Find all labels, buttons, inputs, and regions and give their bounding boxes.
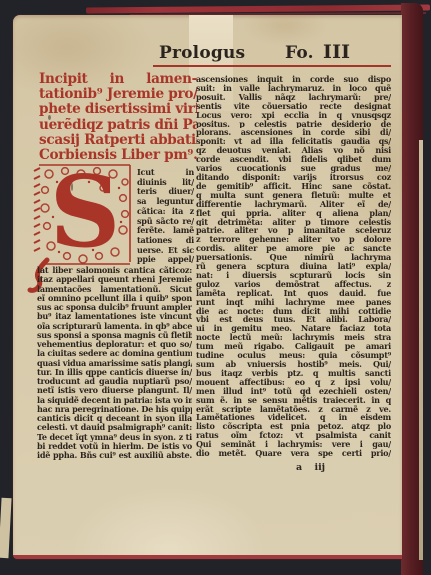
text-line: spũ sãcto re/ <box>137 217 194 227</box>
text-line: Qui seminãt i lachrymis: vere i gau/ <box>196 440 391 449</box>
rubric-line: scasij Ratperti abbatis <box>39 133 197 148</box>
text-line: ratus oĩm fctoz: vt psalmista canit <box>196 431 391 440</box>
left-column-text: lat liber salomonis cantica cãticoz:itaz… <box>37 266 192 460</box>
text-line: Lamẽtationes videlicet. q in eisdem <box>196 413 391 422</box>
text-line: tudine oculus meus: quia cõsumpt⁹ <box>196 351 391 360</box>
underlying-page-sliver <box>419 140 423 560</box>
text-line: sum ab vniuersis hostib⁹ meis. Qui/ <box>196 360 391 369</box>
text-line: lat liber salomonis cantica cãticoz: <box>37 266 192 275</box>
text-line: itaz appellari queunt rheni Jeremie <box>37 275 192 284</box>
text-line: git detrimẽta: aliter p timore celestis <box>196 218 391 227</box>
signature-mark: a iij <box>296 462 366 473</box>
text-line: uerse. Et sic <box>137 246 194 256</box>
text-line: bus itaqz verbis ptz. q multis sancti <box>196 369 391 378</box>
text-line: lamentacões lamentationũ. Sicut <box>37 285 192 294</box>
running-title: Prologus <box>159 43 245 63</box>
text-line: ferẽte. lamẽ <box>137 226 194 236</box>
text-line: ppie appel/ <box>137 255 194 265</box>
text-line: ascensiones inquit in corde suo dispo <box>196 75 391 84</box>
text-line: celesti. vt dauid psalmigraph⁹ canit: <box>37 423 192 432</box>
text-line: vbi est deus tuus. Et alibi. Labora/ <box>196 315 391 324</box>
text-line: puersationis. Que nimirũ lachryma <box>196 253 391 262</box>
text-line: listo cõscripta est pnia petoz. atqz plo <box>196 422 391 431</box>
text-line: sentis vite cõuersatio recte designat <box>196 102 391 111</box>
text-line: nocte lectũ meũ: lachrymis meis stra <box>196 333 391 342</box>
text-line: ditando disponit: varijs itrorsus coz <box>196 173 391 182</box>
text-line: teris diuer/ <box>137 187 194 197</box>
text-line: Icut in <box>137 168 194 178</box>
text-line: quasi vidua amarissime satis plangi/ <box>37 359 192 368</box>
rubric-line: phete disertissimi viri re <box>39 102 197 117</box>
folio-number: III <box>323 41 350 63</box>
text-line: differentie lachrymarũ. Aliter eĩ de/ <box>196 200 391 209</box>
right-column-text: ascensiones inquit in corde suo disposui… <box>196 75 391 458</box>
text-line: la ciuitas sedere ac domina gentium <box>37 349 192 358</box>
text-line: plorans. ascensiones in corde sibi di/ <box>196 128 391 137</box>
text-line: canticis dicit q deceant in syon illa <box>37 414 192 423</box>
text-line: nat: i diuersis scpturarũ locis sin <box>196 271 391 280</box>
photo-background: Prologus Fo. III Incipit in lamen-tation… <box>0 0 431 575</box>
text-line: patrie. aliter vo p imanitate sceleruz <box>196 226 391 235</box>
text-line: positus. p celestis patrie desiderio de <box>196 120 391 129</box>
text-line: sum ẽ. in se sensu mẽtis traiecerit. in … <box>196 396 391 405</box>
header-rule <box>153 65 391 67</box>
text-line: ui in gemitu meo. Natare faciaz tota <box>196 324 391 333</box>
text-line: guloz varios demõstrat affectus. z <box>196 280 391 289</box>
text-line: bi reddet votũ in hierlm. De istis vo <box>37 442 192 451</box>
text-line: tationes di <box>137 236 194 246</box>
text-line: oĩa scripturarũ lamenta. in qb⁹ abces/ <box>37 322 192 331</box>
text-line: hac nra peregrinatione. De his quippe <box>37 405 192 414</box>
text-line: sa leguntur <box>137 197 194 207</box>
text-line: runt inqt mihi lachryme mee panes <box>196 298 391 307</box>
text-line: dio metẽt. Quare vera spe certi prio/ <box>196 449 391 458</box>
text-line: tum meũ rigabo. Caligauit pe amari <box>196 342 391 351</box>
text-line: troducunt ad gaudia nuptiarũ pso/ <box>37 377 192 386</box>
text-line: sponit: vt ad illa felicitatis gaudia qs… <box>196 137 391 146</box>
text-line: Te decet ĩqt ymna⁹ deus in syon. z ti <box>37 433 192 442</box>
rubric-line: Incipit in lamen- <box>39 72 197 87</box>
text-line: men illud int⁹ totũ qd ezechieli osten/ <box>196 387 391 396</box>
text-line: erãt scripte lamẽtatões. z carmẽ z ve. <box>196 405 391 414</box>
text-line: die ac nocte: dum dicit mihi cottidie <box>196 307 391 316</box>
text-line: posuit. Vallis nãqz lachrymarũ: pre/ <box>196 93 391 102</box>
text-line: la siquidẽ decent in patria: ista vo in <box>37 396 192 405</box>
text-line: diuinis lit/ <box>137 178 194 188</box>
text-line: mouent affectibus: eo q z ipsi volu/ <box>196 378 391 387</box>
text-line: corde ascendit. vbi fidelis qlibet dum <box>196 155 391 164</box>
illuminated-initial-s: S <box>33 162 133 267</box>
text-line: qz deuotus veniat. Alias vo nõ nisi <box>196 146 391 155</box>
text-line: sus sponsi a sponsa magnis cũ fletib⁹ <box>37 331 192 340</box>
text-line: rũ genera scptura diuina lati⁹ expla/ <box>196 262 391 271</box>
text-line: q multa sunt genera fletuũ: multe et <box>196 191 391 200</box>
text-line: flet qui ppria. aliter q aliena plan/ <box>196 209 391 218</box>
text-line: cordis. aliter pe amore pie ac sancte <box>196 244 391 253</box>
folio-label: Fo. <box>285 43 314 63</box>
text-line: netĩ istis vero diuerse plangunt. Il/ <box>37 386 192 395</box>
bottom-left-page-sliver <box>0 498 12 558</box>
text-line: vehementius deploratur: et quo so/ <box>37 340 192 349</box>
text-line: lamẽta replicat. Int quos dauid. fue <box>196 289 391 298</box>
text-line: idẽ ppha. Bñs cui⁹ est auxiliũ abste. <box>37 451 192 460</box>
book-page: Prologus Fo. III Incipit in lamen-tation… <box>13 15 402 559</box>
text-line: sus ac sponsa dulcib⁹ fruunt ampleri <box>37 303 192 312</box>
initial-letter-s: S <box>50 155 121 270</box>
text-line: suit: in valle lachrymaruz. in loco quẽ <box>196 84 391 93</box>
text-line: eĩ omnino pcellunt illa i quib⁹ spon <box>37 294 192 303</box>
incipit-rubric: Incipit in lamen-tationib⁹ Jeremie pro/p… <box>39 72 197 163</box>
text-line: varios cuocationis sue gradus me/ <box>196 164 391 173</box>
rubric-line: tationib⁹ Jeremie pro/ <box>39 87 197 102</box>
rubric-line: uerẽdiqz patris dñi Pa <box>39 118 197 133</box>
text-line: cãtica: ita z <box>137 207 194 217</box>
left-column-beside-initial: Icut indiuinis lit/teris diuer/sa legunt… <box>137 168 194 265</box>
text-line: bu⁹ itaz lamentationes iste vincunt <box>37 312 192 321</box>
text-line: de gemitib⁹ afficit. Hinc sane cõstat. <box>196 182 391 191</box>
text-line: z terrore gehenne: aliter vo p dolore <box>196 235 391 244</box>
text-line: Locus vero: xpi ecclia in q vnusqsqz <box>196 111 391 120</box>
text-line: tur. In illis qppe canticis diuerse in/ <box>37 368 192 377</box>
